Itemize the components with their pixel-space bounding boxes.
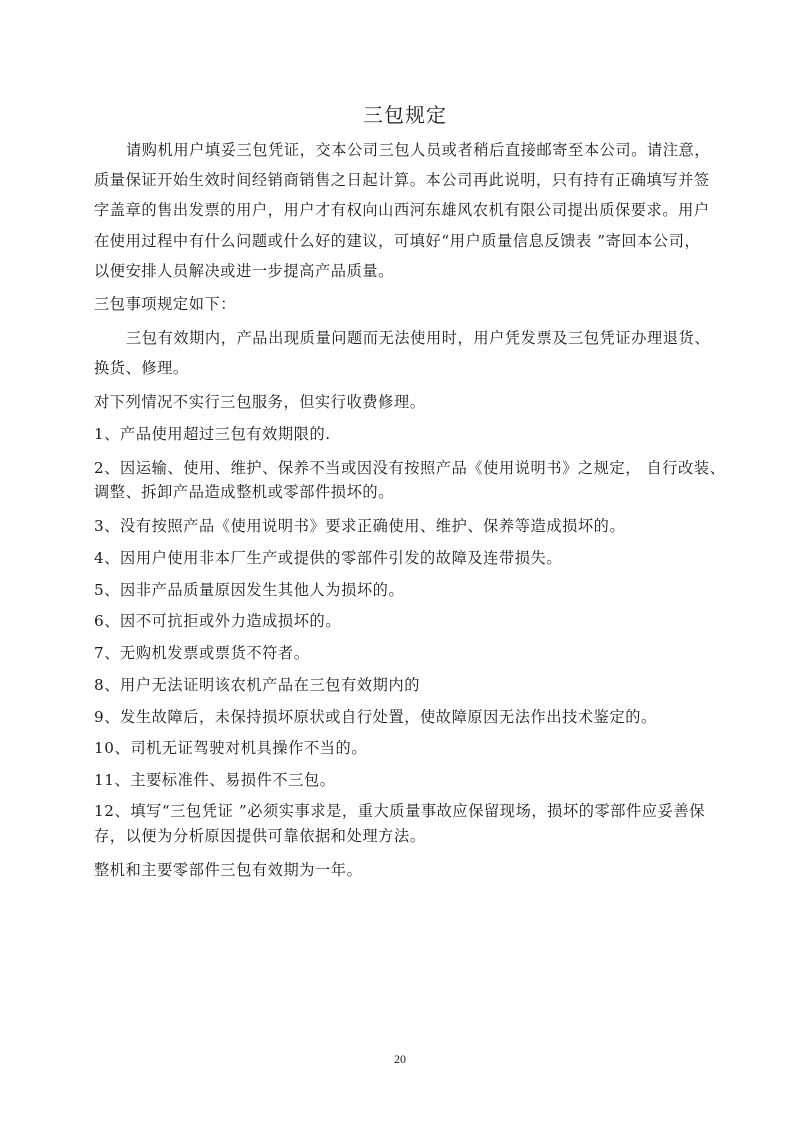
closing-statement: 整机和主要零部件三包有效期为一年。 — [94, 860, 362, 880]
exclusion-item-10: 10、司机无证驾驶对机具操作不当的。 — [94, 738, 367, 758]
intro-line: 字盖章的售出发票的用户，用户才有权向山西河东雄风农机有限公司提出质保要求。用户 — [94, 200, 710, 220]
exclusion-item-7: 7、无购机发票或票货不符者。 — [94, 643, 310, 663]
intro-line: 在使用过程中有什么问题或什么好的建议，可填好“用户质量信息反馈表 ”寄回本公司， — [94, 231, 700, 251]
exclusions-heading: 对下列情况不实行三包服务，但实行收费修理。 — [94, 392, 426, 412]
intro-line: 质量保证开始生效时间经销商销售之日起计算。本公司再此说明，只有持有正确填写并签 — [94, 170, 710, 190]
exclusion-item-11: 11、主要标准件、易损件不三包。 — [94, 770, 336, 790]
page-title: 三包规定 — [94, 99, 716, 128]
exclusion-item-3: 3、没有按照产品《使用说明书》要求正确使用、维护、保养等造成损坏的。 — [94, 516, 625, 536]
exclusion-item-12: 12、填写“三包凭证 ”必须实事求是，重大质量事故应保留现场，损坏的零部件应妥善… — [94, 801, 705, 821]
exclusion-item-5: 5、因非产品质量原因发生其他人为损坏的。 — [94, 580, 404, 600]
policy-line: 换货、修理。 — [94, 358, 189, 378]
exclusion-item-9: 9、发生故障后，未保持损坏原状或自行处置，使故障原因无法作出技术鉴定的。 — [94, 707, 657, 727]
exclusion-item-8: 8、用户无法证明该农机产品在三包有效期内的 — [94, 675, 420, 695]
section-heading: 三包事项规定如下： — [94, 294, 236, 314]
exclusion-item-2: 2、因运输、使用、维护、保养不当或因没有按照产品《使用说明书》之规定， 自行改装… — [94, 458, 725, 478]
exclusion-item-4: 4、因用户使用非本厂生产或提供的零部件引发的故障及连带损失。 — [94, 548, 562, 568]
exclusion-item-1: 1、产品使用超过三包有效期限的. — [94, 424, 331, 444]
exclusion-item-2-cont: 调整、拆卸产品造成整机或零部件损坏的。 — [94, 482, 394, 502]
exclusion-item-6: 6、因不可抗拒或外力造成损坏的。 — [94, 611, 341, 631]
policy-line: 三包有效期内，产品出现质量问题而无法使用时，用户凭发票及三包凭证办理退货、 — [126, 328, 710, 348]
exclusion-item-12-cont: 存，以便为分析原因提供可靠依据和处理方法。 — [94, 826, 426, 846]
page-number: 20 — [0, 1052, 800, 1067]
intro-line: 以便安排人员解决或进一步提高产品质量。 — [94, 261, 394, 281]
intro-line: 请购机用户填妥三包凭证，交本公司三包人员或者稍后直接邮寄至本公司。请注意， — [126, 140, 710, 160]
